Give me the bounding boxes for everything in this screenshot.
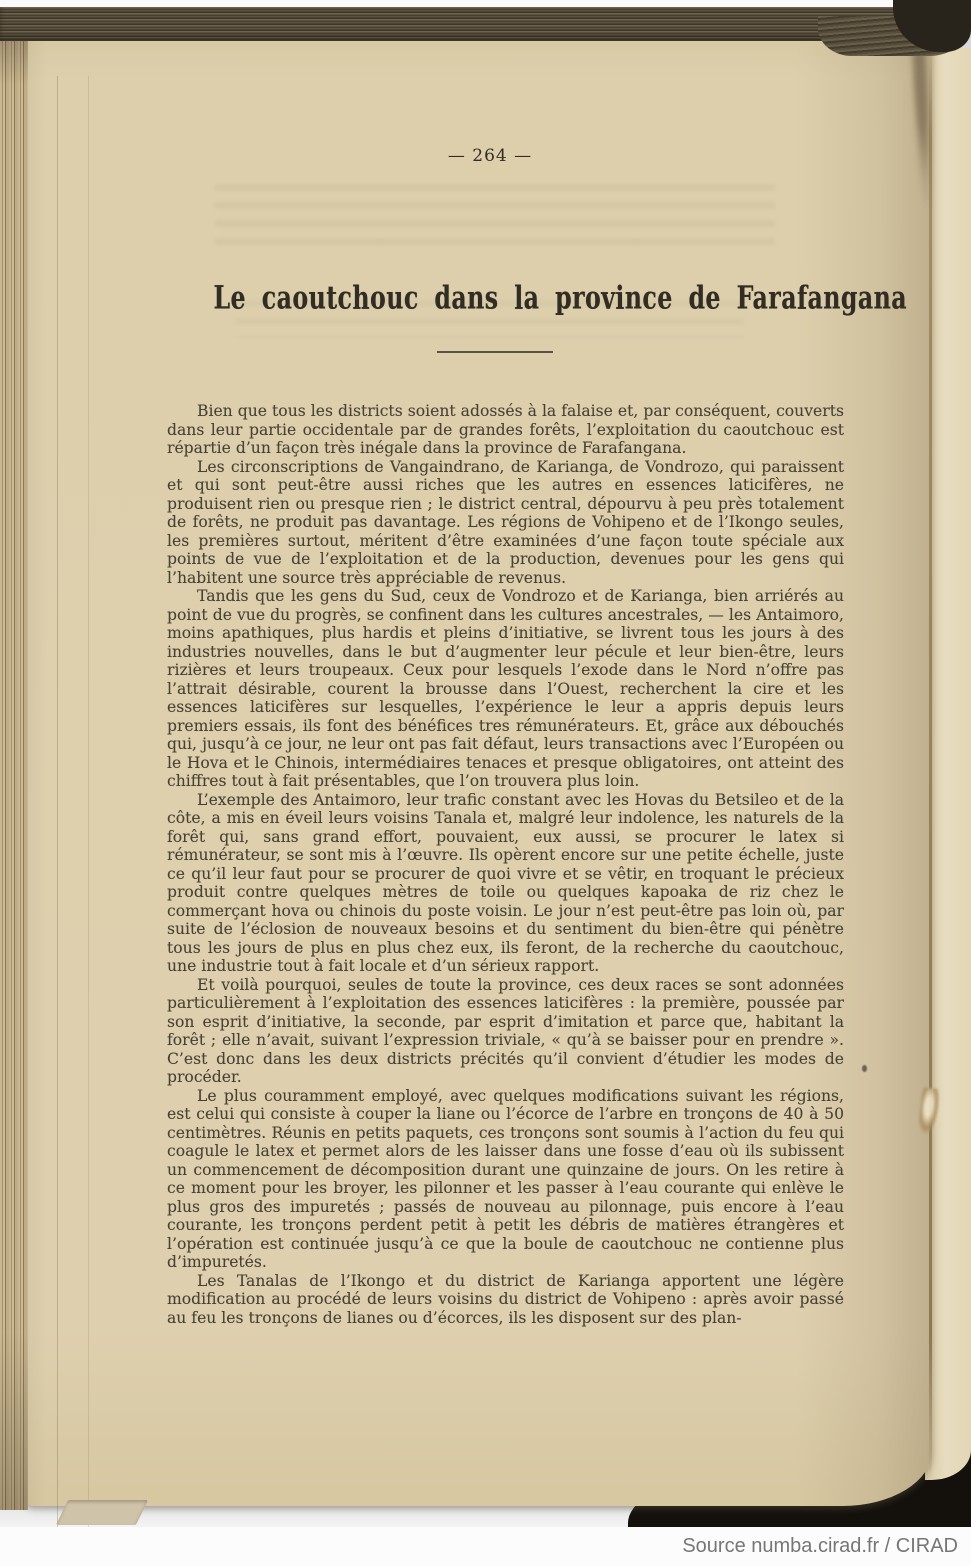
page-crease [929, 52, 932, 1480]
page-title: Le caoutchouc dans la province de Farafa… [214, 280, 767, 317]
paragraph: Tandis que les gens du Sud, ceux de Vond… [167, 587, 844, 791]
paragraph: L’exemple des Antaimoro, leur trafic con… [167, 791, 844, 976]
under-page-edge [56, 1500, 148, 1525]
ink-speck [862, 1065, 867, 1072]
title-divider-rule [437, 351, 553, 353]
book-scan: — 264 — Le caoutchouc dans la province d… [0, 0, 971, 1566]
page-stack-edges [0, 26, 28, 1510]
page-edge-hairline [57, 76, 58, 1536]
source-attribution: Source numba.cirad.fr / CIRAD [682, 1535, 958, 1558]
article-text: Bien que tous les districts soient adoss… [167, 402, 844, 1327]
paragraph: Et voilà pourquoi, seules de toute la pr… [167, 976, 844, 1087]
paragraph: Bien que tous les districts soient adoss… [167, 402, 844, 458]
paragraph: Le plus couramment employé, avec quelque… [167, 1087, 844, 1272]
page-number: — 264 — [160, 146, 820, 166]
source-bar: Source numba.cirad.fr / CIRAD [0, 1527, 971, 1566]
page-edge-hairline [88, 76, 89, 1534]
paragraph: Les Tanalas de l’Ikongo et du district d… [167, 1272, 844, 1328]
paragraph: Les circonscriptions de Vangaindrano, de… [167, 458, 844, 588]
